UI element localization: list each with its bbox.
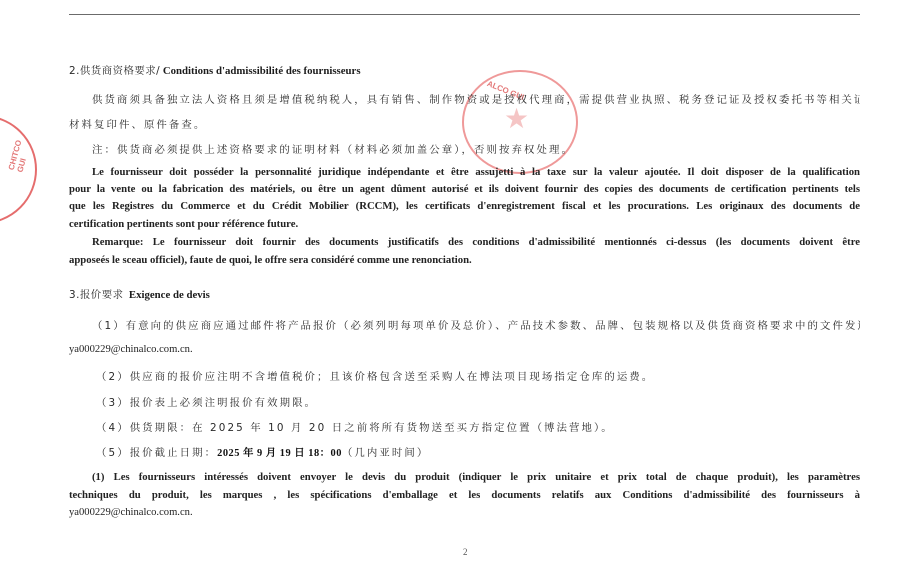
section3-heading: 3.报价要求 Exigence de devis <box>69 288 210 302</box>
quote-deadline: 2025 年 9 月 19 日 18：00 <box>217 448 342 459</box>
section2-fr-line4: certification pertinents sont pour référ… <box>69 217 298 231</box>
section3-fr-line1: (1) Les fournisseurs intéressés doivent … <box>92 471 860 483</box>
section3-item1-email[interactable]: ya000229@chinalco.com.cn. <box>69 343 193 357</box>
section2-fr-line2: pour la vente ou la fabrication des maté… <box>69 183 860 195</box>
section3-item3-cn: （3）报价表上必须注明报价有效期限。 <box>96 396 317 410</box>
section2-fr-line1: Le fournisseur doit posséder la personna… <box>92 166 860 178</box>
section3-item1-cn: （1）有意向的供应商应通过邮件将产品报价（必须列明每项单价及总价）、产品技术参数… <box>92 317 860 332</box>
section2-cn-paragraph-line1: 供货商须具备独立法人资格且须是增值税纳税人，具有销售、制作物资或是授权代理商，需… <box>92 91 860 106</box>
section3-item5-cn: （5）报价截止日期：2025 年 9 月 19 日 18：00（几内亚时间） <box>96 446 429 461</box>
header-rule <box>69 14 860 15</box>
section2-fr-line3: que les Registres du Commerce et du Créd… <box>69 200 860 212</box>
stamp-star-icon: ★ <box>504 102 529 136</box>
section2-remark-line2: apposeés le sceau officiel), faute de qu… <box>69 253 472 267</box>
section2-heading: 2.供货商资格要求/ Conditions d'admissibilité de… <box>69 64 361 78</box>
section2-cn-paragraph-line2: 材料复印件、原件备查。 <box>69 118 206 132</box>
section3-item4-cn: （4）供货期限：在 2025 年 10 月 20 日之前将所有货物送至买方指定位… <box>96 421 614 435</box>
section3-item2-cn: （2）供应商的报价应注明不含增值税价；且该价格包含送至采购人在博法项目现场指定仓… <box>96 370 654 384</box>
section3-fr-email[interactable]: ya000229@chinalco.com.cn. <box>69 506 193 520</box>
official-stamp-left: CHITCO GUI <box>0 115 37 224</box>
page-number: 2 <box>463 547 468 557</box>
section3-fr-line2: techniques du produit, les marques , les… <box>69 489 860 501</box>
section2-remark-line1: Remarque: Le fournisseur doit fournir de… <box>92 236 860 248</box>
official-stamp-center: ALCO GUI ★ <box>462 70 578 174</box>
stamp-text-left: CHITCO GUI <box>7 139 32 174</box>
section2-cn-note: 注：供货商必须提供上述资格要求的证明材料（材料必须加盖公章），否则按弃权处理。 <box>92 143 574 157</box>
